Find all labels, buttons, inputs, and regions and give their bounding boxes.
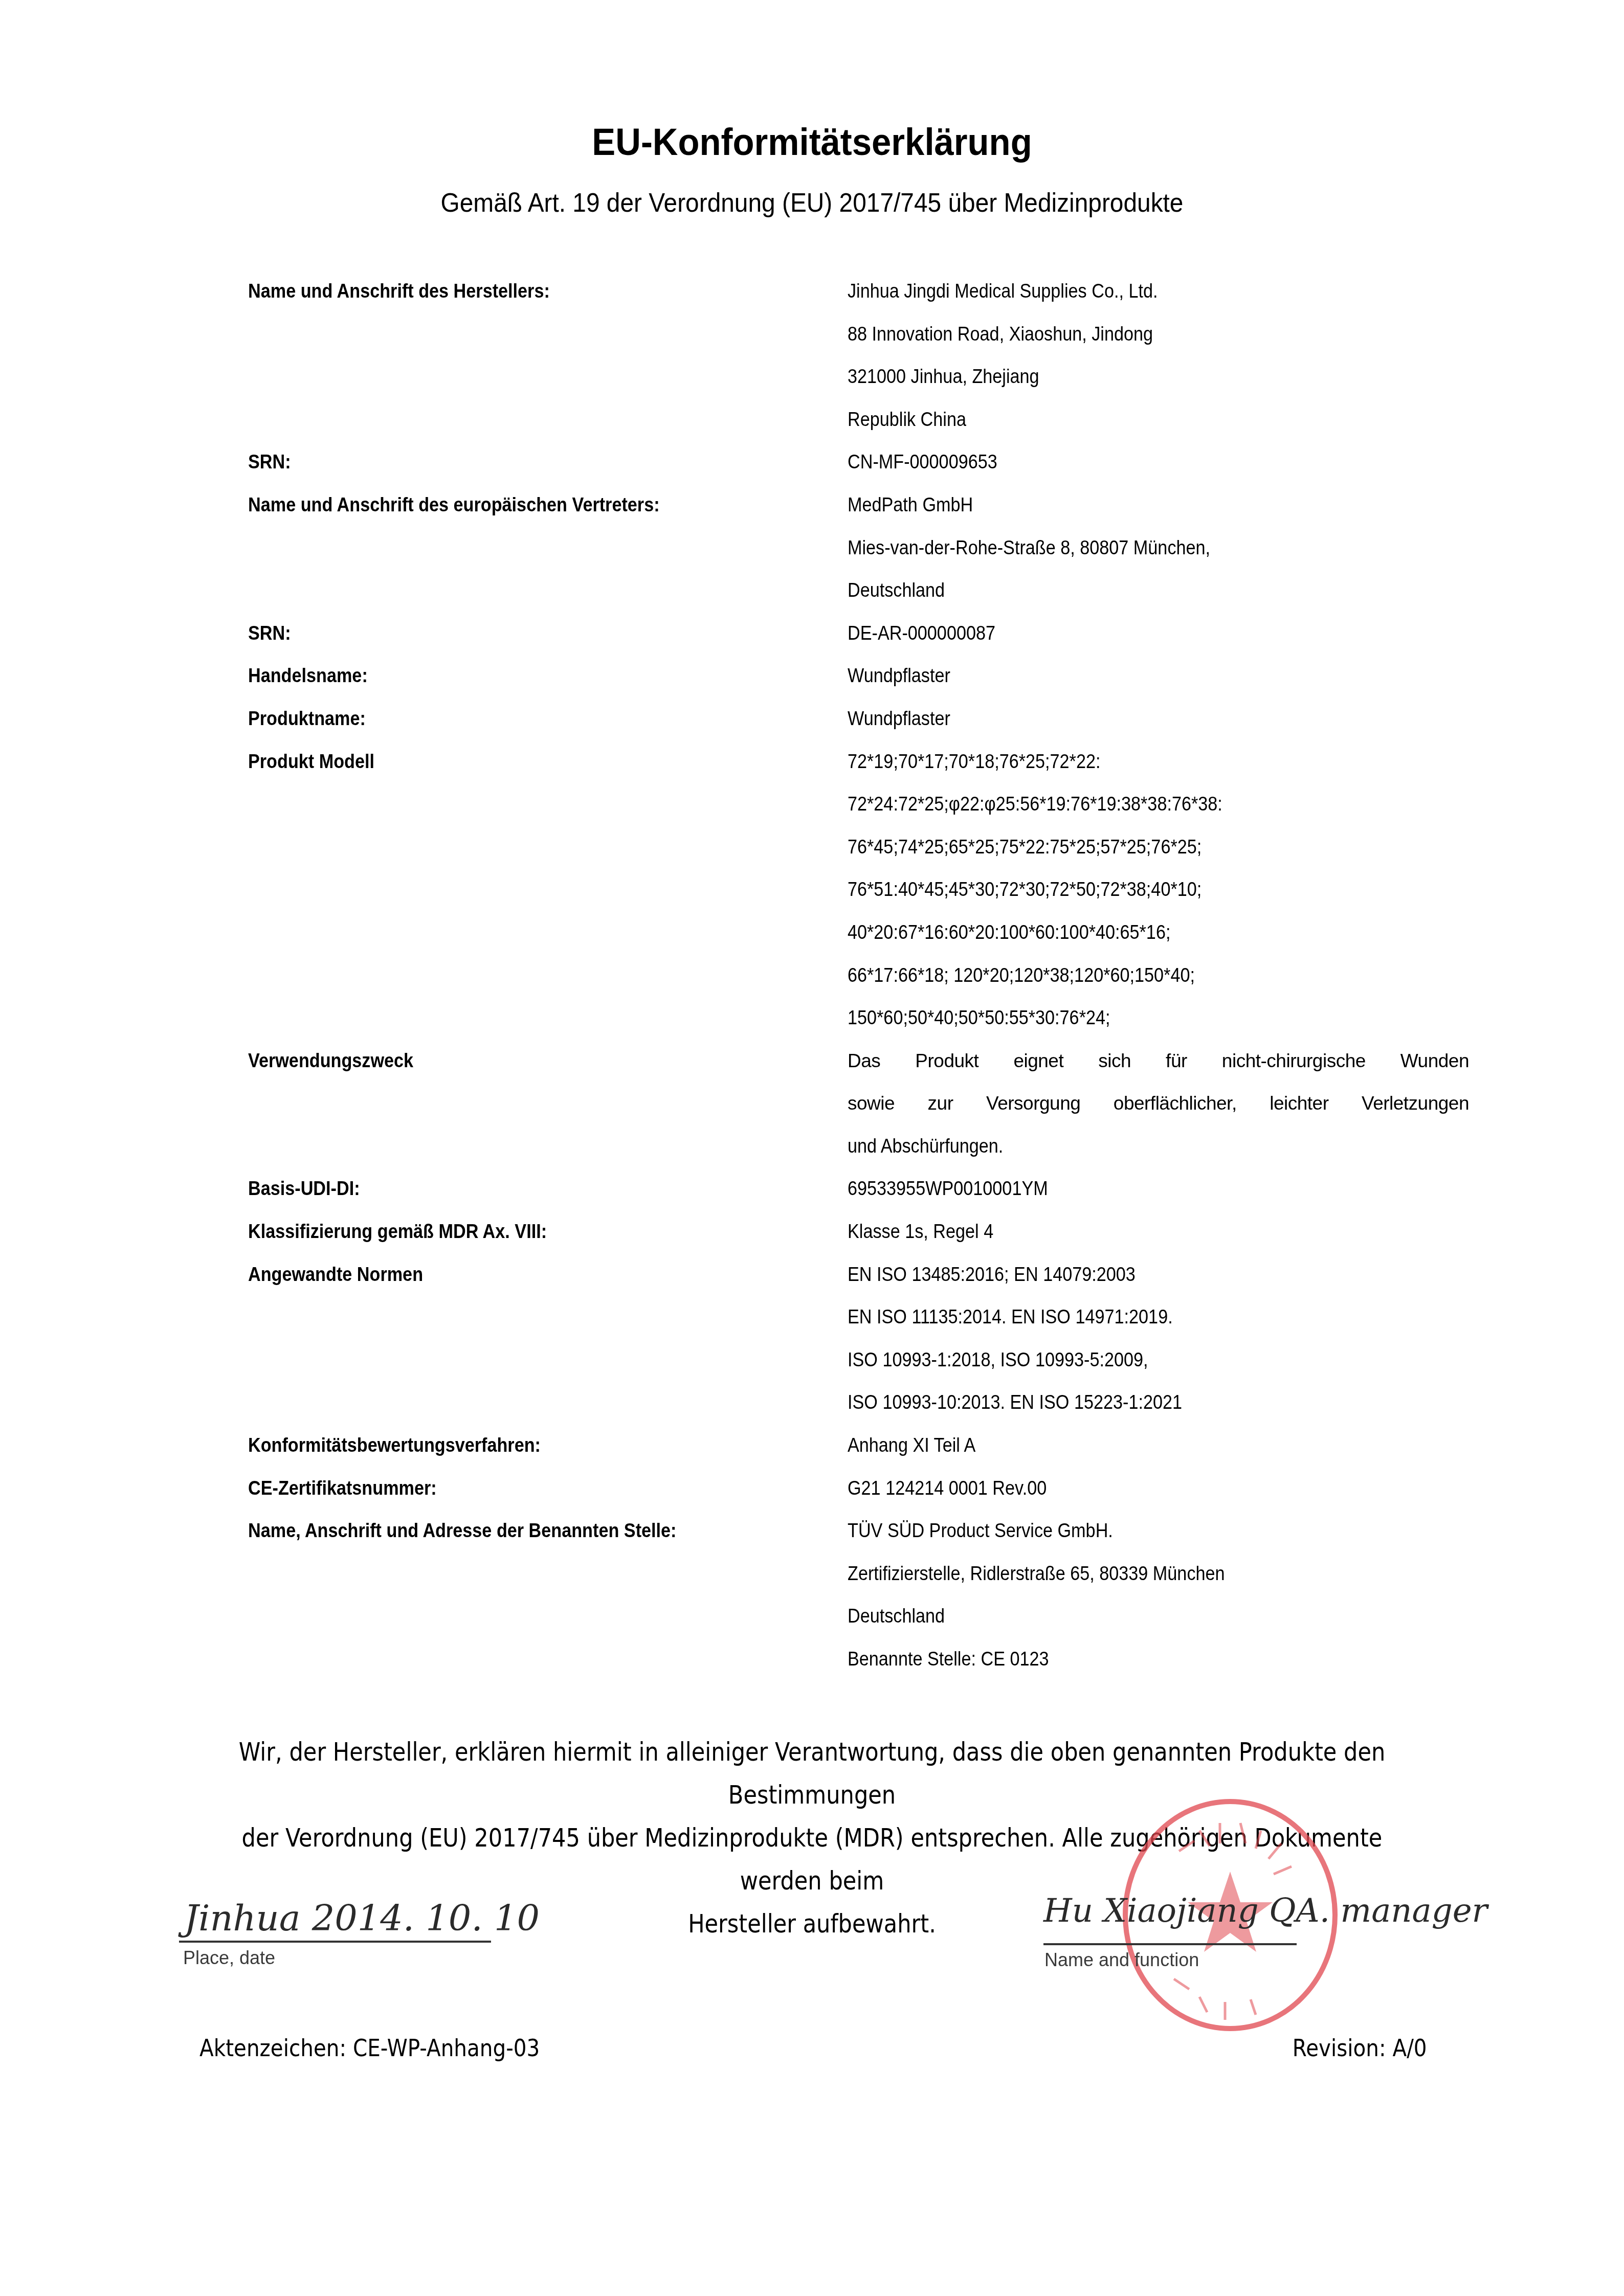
- field-value: Das Produkt eignet sich für nicht-chirur…: [848, 1043, 1469, 1079]
- signature-line: [179, 1941, 491, 1943]
- field-label: CE-Zertifikatsnummer:: [248, 1471, 437, 1506]
- field-value: Benannte Stelle: CE 0123: [848, 1641, 1049, 1677]
- field-row: ISO 10993-1:2018, ISO 10993-5:2009,: [248, 1342, 1404, 1385]
- field-value: 66*17:66*18; 120*20;120*38;120*60;150*40…: [848, 958, 1195, 994]
- field-label: SRN:: [248, 616, 291, 651]
- field-row: VerwendungszweckDas Produkt eignet sich …: [248, 1043, 1404, 1086]
- field-value: Mies-van-der-Rohe-Straße 8, 80807 Münche…: [848, 530, 1210, 566]
- field-row: Deutschland: [248, 1599, 1404, 1641]
- field-row: Name, Anschrift und Adresse der Benannte…: [248, 1513, 1404, 1556]
- field-value: 150*60;50*40;50*50:55*30:76*24;: [848, 1000, 1110, 1036]
- field-value: DE-AR-000000087: [848, 616, 995, 651]
- declaration-fields-table: Name und Anschrift des Herstellers:Jinhu…: [248, 274, 1404, 1684]
- field-row: sowie zur Versorgung oberflächlicher, le…: [248, 1086, 1404, 1129]
- field-row: 40*20:67*16:60*20:100*60:100*40:65*16;: [248, 915, 1404, 958]
- field-value: CN-MF-000009653: [848, 444, 997, 480]
- field-label: Handelsname:: [248, 658, 368, 694]
- field-row: und Abschürfungen.: [248, 1129, 1404, 1172]
- field-row: Republik China: [248, 402, 1404, 445]
- field-value: sowie zur Versorgung oberflächlicher, le…: [848, 1086, 1469, 1121]
- signature-line: [1043, 1943, 1297, 1945]
- field-value: 76*45;74*25;65*25;75*22:75*25;57*25;76*2…: [848, 829, 1202, 865]
- field-value: Zertifizierstelle, Ridlerstraße 65, 8033…: [848, 1556, 1225, 1592]
- field-label: Verwendungszweck: [248, 1043, 413, 1079]
- declaration-page: EU-Konformitätserklärung Gemäß Art. 19 d…: [0, 0, 1624, 2296]
- field-row: ISO 10993-10:2013. EN ISO 15223-1:2021: [248, 1385, 1404, 1428]
- field-row: 321000 Jinhua, Zhejiang: [248, 359, 1404, 402]
- field-value: MedPath GmbH: [848, 487, 973, 523]
- field-value: Wundpflaster: [848, 658, 950, 694]
- field-value: 321000 Jinhua, Zhejiang: [848, 359, 1039, 395]
- field-label: Produkt Modell: [248, 744, 374, 780]
- field-value: 72*19;70*17;70*18;76*25;72*22:: [848, 744, 1100, 780]
- field-value: 76*51:40*45;45*30;72*30;72*50;72*38;40*1…: [848, 872, 1202, 908]
- field-label: Basis-UDI-DI:: [248, 1171, 360, 1207]
- field-value: Wundpflaster: [848, 701, 950, 737]
- field-label: Name, Anschrift und Adresse der Benannte…: [248, 1513, 676, 1549]
- field-value: Jinhua Jingdi Medical Supplies Co., Ltd.: [848, 274, 1158, 309]
- field-value: EN ISO 13485:2016; EN 14079:2003: [848, 1257, 1136, 1293]
- field-value: ISO 10993-10:2013. EN ISO 15223-1:2021: [848, 1385, 1182, 1421]
- field-row: 88 Innovation Road, Xiaoshun, Jindong: [248, 317, 1404, 359]
- field-row: 150*60;50*40;50*50:55*30:76*24;: [248, 1000, 1404, 1043]
- place-date-signature: Jinhua 2014. 10. 10 Place, date: [179, 1892, 496, 1994]
- field-row: 76*45;74*25;65*25;75*22:75*25;57*25;76*2…: [248, 829, 1404, 872]
- place-date-caption: Place, date: [183, 1947, 275, 1969]
- field-label: Produktname:: [248, 701, 366, 737]
- name-function-handwriting: Hu Xiaojiang QA. manager: [1043, 1892, 1487, 1930]
- reference-number: Aktenzeichen: CE-WP-Anhang-03: [199, 2033, 540, 2063]
- field-value: Deutschland: [848, 1599, 945, 1634]
- field-row: Produkt Modell72*19;70*17;70*18;76*25;72…: [248, 744, 1404, 787]
- field-row: Klassifizierung gemäß MDR Ax. VIII:Klass…: [248, 1214, 1404, 1257]
- field-row: Name und Anschrift des europäischen Vert…: [248, 487, 1404, 530]
- document-subtitle: Gemäß Art. 19 der Verordnung (EU) 2017/7…: [65, 185, 1559, 221]
- field-label: Konformitätsbewertungsverfahren:: [248, 1428, 541, 1464]
- field-value: und Abschürfungen.: [848, 1129, 1003, 1164]
- field-label: Name und Anschrift des europäischen Vert…: [248, 487, 660, 523]
- revision-label: Revision: A/0: [1293, 2033, 1427, 2063]
- field-value: 72*24:72*25;φ22:φ25:56*19:76*19:38*38:76…: [848, 786, 1222, 822]
- field-label: Angewandte Normen: [248, 1257, 423, 1293]
- field-value: TÜV SÜD Product Service GmbH.: [848, 1513, 1113, 1549]
- field-label: SRN:: [248, 444, 291, 480]
- field-row: SRN:DE-AR-000000087: [248, 616, 1404, 659]
- field-value: Klasse 1s, Regel 4: [848, 1214, 993, 1250]
- field-value: Republik China: [848, 402, 966, 438]
- field-row: Benannte Stelle: CE 0123: [248, 1641, 1404, 1684]
- field-row: Name und Anschrift des Herstellers:Jinhu…: [248, 274, 1404, 317]
- field-value: 69533955WP0010001YM: [848, 1171, 1048, 1207]
- field-value: ISO 10993-1:2018, ISO 10993-5:2009,: [848, 1342, 1148, 1378]
- field-row: 72*24:72*25;φ22:φ25:56*19:76*19:38*38:76…: [248, 786, 1404, 829]
- field-row: EN ISO 11135:2014. EN ISO 14971:2019.: [248, 1299, 1404, 1342]
- field-label: Name und Anschrift des Herstellers:: [248, 274, 550, 309]
- field-value: Deutschland: [848, 573, 945, 609]
- field-label: Klassifizierung gemäß MDR Ax. VIII:: [248, 1214, 547, 1250]
- field-row: 66*17:66*18; 120*20;120*38;120*60;150*40…: [248, 958, 1404, 1001]
- field-value: Anhang XI Teil A: [848, 1428, 975, 1464]
- field-row: Konformitätsbewertungsverfahren:Anhang X…: [248, 1428, 1404, 1471]
- name-function-caption: Name and function: [1044, 1949, 1199, 1971]
- field-row: Deutschland: [248, 573, 1404, 616]
- field-row: SRN:CN-MF-000009653: [248, 444, 1404, 487]
- field-value: EN ISO 11135:2014. EN ISO 14971:2019.: [848, 1299, 1173, 1335]
- field-row: 76*51:40*45;45*30;72*30;72*50;72*38;40*1…: [248, 872, 1404, 915]
- field-value: G21 124214 0001 Rev.00: [848, 1471, 1047, 1506]
- name-function-signature: Hu Xiaojiang QA. manager Name and functi…: [1033, 1861, 1442, 1994]
- field-value: 40*20:67*16:60*20:100*60:100*40:65*16;: [848, 915, 1170, 951]
- document-title: EU-Konformitätserklärung: [57, 117, 1567, 168]
- field-row: CE-Zertifikatsnummer:G21 124214 0001 Rev…: [248, 1471, 1404, 1514]
- field-row: Produktname:Wundpflaster: [248, 701, 1404, 744]
- place-date-handwriting: Jinhua 2014. 10. 10: [184, 1897, 540, 1939]
- field-value: 88 Innovation Road, Xiaoshun, Jindong: [848, 317, 1153, 352]
- field-row: Handelsname:Wundpflaster: [248, 658, 1404, 701]
- field-row: Basis-UDI-DI:69533955WP0010001YM: [248, 1171, 1404, 1214]
- field-row: Angewandte NormenEN ISO 13485:2016; EN 1…: [248, 1257, 1404, 1300]
- field-row: Mies-van-der-Rohe-Straße 8, 80807 Münche…: [248, 530, 1404, 573]
- field-row: Zertifizierstelle, Ridlerstraße 65, 8033…: [248, 1556, 1404, 1599]
